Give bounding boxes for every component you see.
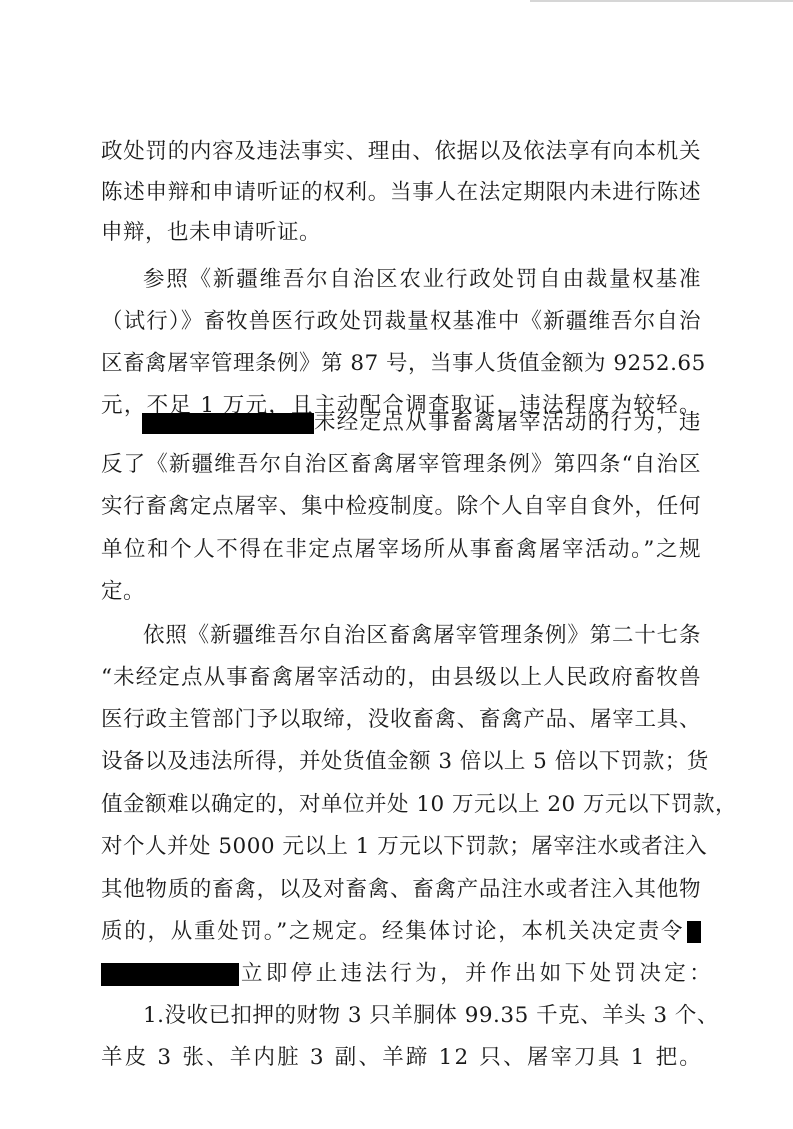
- penalty-item-continuation: 羊皮 3 张、羊内脏 3 副、羊蹄 12 只、屠宰刀具 1 把。: [101, 1045, 703, 1071]
- text-line: 参照《新疆维吾尔自治区农业行政处罚自由裁量权基准: [143, 267, 701, 293]
- text-line: 实行畜禽定点屠宰、集中检疫制度。除个人自宰自食外，任何: [101, 494, 701, 520]
- decision-line: 质的，从重处罚。”之规定。经集体讨论，本机关决定责令: [101, 919, 701, 945]
- text-line: 定。: [101, 579, 145, 605]
- text-line: 陈述申辩和申请听证的权利。当事人在法定期限内未进行陈述: [101, 180, 701, 206]
- text-line: 医行政主管部门予以取缔，没收畜禽、畜禽产品、屠宰工具、: [101, 707, 701, 733]
- text-line: 未经定点从事畜禽屠宰活动的行为，违: [314, 410, 701, 436]
- text-line: 申辩，也未申请听证。: [101, 220, 321, 246]
- penalty-item: 1.没收已扣押的财物 3 只羊胴体 99.35 千克、羊头 3 个、: [143, 1003, 701, 1029]
- text-line: （试行）》畜牧兽医行政处罚裁量权基准中《新疆维吾尔自治: [101, 309, 701, 335]
- text-line: 政处罚的内容及违法事实、理由、依据以及依法享有向本机关: [101, 139, 701, 165]
- redaction-bar: [101, 963, 239, 986]
- text-line: 质的，从重处罚。”之规定。经集体讨论，本机关决定责令: [101, 919, 683, 945]
- violation-first-line: 未经定点从事畜禽屠宰活动的行为，违: [142, 410, 701, 436]
- redaction-bar: [687, 921, 701, 943]
- text-line: “未经定点从事畜禽屠宰活动的，由县级以上人民政府畜牧兽: [101, 665, 701, 691]
- text-line: 区畜禽屠宰管理条例》第 87 号，当事人货值金额为 9252.65: [101, 351, 701, 377]
- text-line: 值金额难以确定的，对单位并处 10 万元以上 20 万元以下罚款，: [101, 792, 701, 818]
- redaction-bar: [142, 413, 314, 434]
- text-line: 依照《新疆维吾尔自治区畜禽屠宰管理条例》第二十七条: [143, 623, 701, 649]
- decision-continuation-line: 立即停止违法行为，并作出如下处罚决定：: [101, 961, 714, 987]
- text-line: 单位和个人不得在非定点屠宰场所从事畜禽屠宰活动。”之规: [101, 537, 701, 563]
- text-line: 设备以及违法所得，并处货值金额 3 倍以上 5 倍以下罚款；货: [101, 749, 701, 775]
- text-line: 立即停止违法行为，并作出如下处罚决定：: [241, 961, 714, 987]
- text-line: 反了《新疆维吾尔自治区畜禽屠宰管理条例》第四条“自治区: [101, 452, 701, 478]
- text-line: 对个人并处 5000 元以上 1 万元以下罚款；屠宰注水或者注入: [101, 834, 701, 860]
- scan-edge: [530, 0, 793, 2]
- text-line: 其他物质的畜禽，以及对畜禽、畜禽产品注水或者注入其他物: [101, 877, 701, 903]
